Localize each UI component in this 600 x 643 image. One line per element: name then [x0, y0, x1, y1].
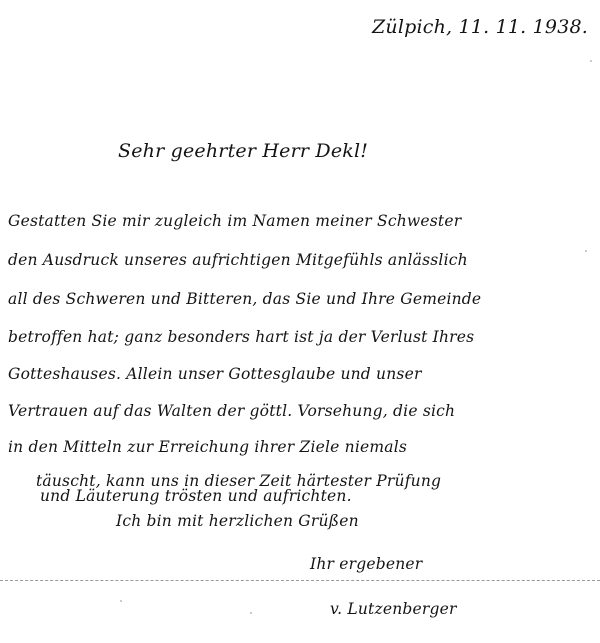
- paper-speck: [585, 250, 587, 252]
- signature: v. Lutzenberger: [330, 600, 457, 618]
- body-line: betroffen hat; ganz besonders hart ist j…: [8, 328, 474, 346]
- paper-speck: [250, 612, 252, 614]
- body-line: Gotteshauses. Allein unser Gottesglaube …: [8, 365, 422, 383]
- body-line: all des Schweren und Bitteren, das Sie u…: [8, 290, 481, 308]
- paper-speck: [590, 60, 592, 62]
- closing-phrase: Ich bin mit herzlichen Grüßen: [116, 512, 359, 530]
- body-line: Vertrauen auf das Walten der göttl. Vors…: [8, 402, 455, 420]
- body-line: in den Mitteln zur Erreichung ihrer Ziel…: [8, 438, 407, 456]
- complimentary-close: Ihr ergebener: [310, 555, 422, 573]
- paper-speck: [120, 600, 122, 602]
- place-date: Zülpich, 11. 11. 1938.: [372, 16, 588, 38]
- body-line: den Ausdruck unseres aufrichtigen Mitgef…: [8, 251, 468, 269]
- salutation: Sehr geehrter Herr Dekl!: [118, 140, 368, 162]
- page-fold-line: [0, 580, 600, 581]
- body-line: Gestatten Sie mir zugleich im Namen mein…: [8, 212, 461, 230]
- body-line: und Läuterung trösten und aufrichten.: [40, 487, 352, 505]
